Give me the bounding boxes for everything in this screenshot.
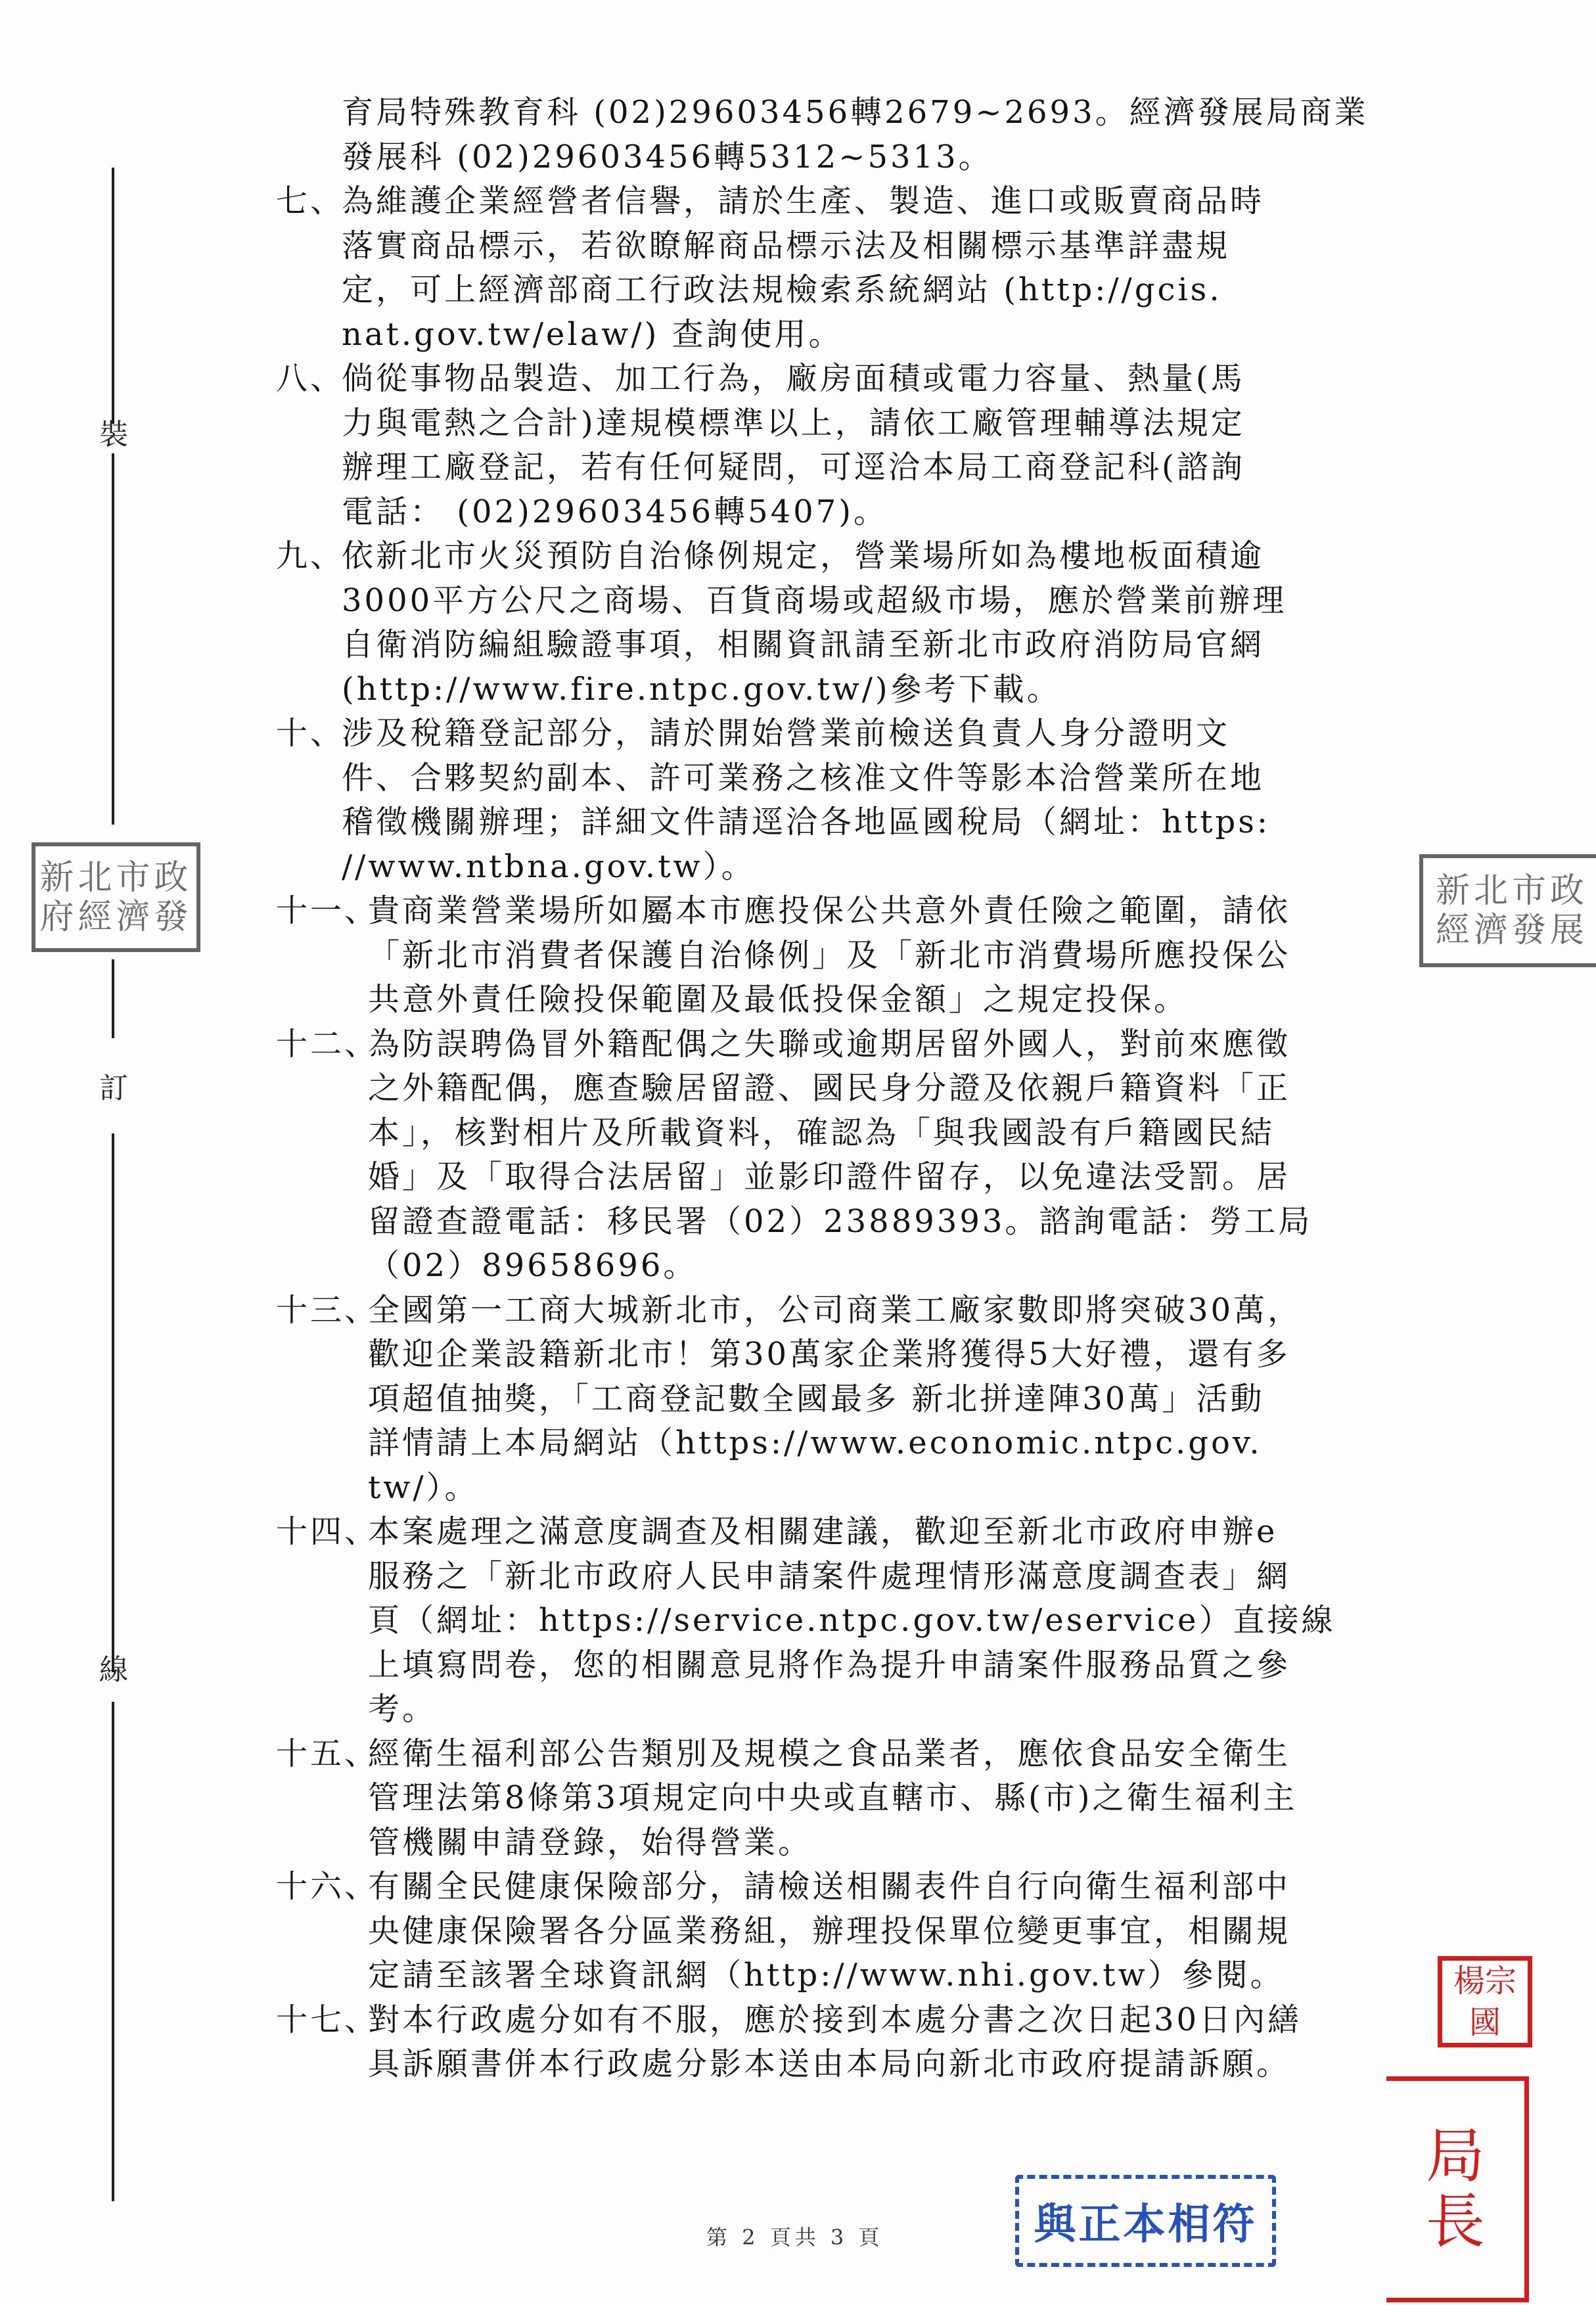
- text-line: 涉及稅籍登記部分，請於開始營業前檢送負責人身分證明文: [342, 712, 1432, 756]
- document-body: 育局特殊教育科 (02)29603456轉2679~2693。經濟發展局商業 發…: [276, 91, 1432, 2087]
- seal-char: 局: [1426, 2124, 1485, 2189]
- text-line: 歡迎企業設籍新北市！第30萬家企業將獲得5大好禮，還有多: [368, 1333, 1432, 1377]
- item-number: 十、: [276, 712, 342, 889]
- seal-text: 新北市政: [39, 858, 192, 898]
- text-line: 為防誤聘偽冒外籍配偶之失聯或逾期居留外國人，對前來應徵: [368, 1022, 1432, 1067]
- text-line: 共意外責任險投保範圍及最低投保金額」之規定投保。: [368, 978, 1432, 1022]
- text-line: //www.ntbna.gov.tw）。: [342, 845, 1432, 890]
- item-11: 十一、 貴商業營業場所如屬本市應投保公共意外責任險之範圍，請依 「新北市消費者保…: [276, 889, 1432, 1022]
- text-line: 有關全民健康保險部分，請檢送相關表件自行向衛生福利部中: [368, 1865, 1432, 1909]
- item-15: 十五、 經衛生福利部公告類別及規模之食品業者，應依食品安全衛生 管理法第8條第3…: [276, 1732, 1432, 1865]
- text-line: 項超值抽獎，「工商登記數全國最多 新北拼達陣30萬」活動: [368, 1377, 1432, 1422]
- seal-text: 經濟發展: [1436, 911, 1588, 950]
- text-line: 3000平方公尺之商場、百貨商場或超級市場，應於營業前辦理: [342, 579, 1432, 624]
- text-line: 頁（網址：https://service.ntpc.gov.tw/eservic…: [368, 1599, 1432, 1643]
- item-17: 十七、 對本行政處分如有不服，應於接到本處分書之次日起30日內繕 具訴願書併本行…: [276, 1998, 1432, 2087]
- text-line: 依新北市火災預防自治條例規定，營業場所如為樓地板面積逾: [342, 534, 1432, 579]
- text-line: 經衛生福利部公告類別及規模之食品業者，應依食品安全衛生: [368, 1732, 1432, 1777]
- binding-line-top: [112, 168, 114, 424]
- text-line: 定，可上經濟部商工行政法規檢索系統網站 (http://gcis.: [342, 268, 1432, 313]
- text-line: 管機關申請登錄，始得營業。: [368, 1821, 1432, 1865]
- seal-char: 國: [1469, 2005, 1501, 2040]
- seal-char: 楊: [1453, 1963, 1485, 1999]
- seal-text: 府經濟發: [39, 898, 192, 937]
- text-line: 服務之「新北市政府人民申請案件處理情形滿意度調查表」網: [368, 1555, 1432, 1599]
- seal-char: 宗: [1485, 1963, 1516, 1999]
- text-line: 自衛消防編組驗證事項，相關資訊請至新北市政府消防局官網: [342, 623, 1432, 668]
- item-number: 十四、: [276, 1510, 368, 1732]
- item-number: 十六、: [276, 1865, 368, 1998]
- text-line: 件、合夥契約副本、許可業務之核准文件等影本洽營業所在地: [342, 756, 1432, 801]
- item-13: 十三、 全國第一工商大城新北市，公司商業工廠家數即將突破30萬， 歡迎企業設籍新…: [276, 1289, 1432, 1511]
- text-line: 倘從事物品製造、加工行為，廠房面積或電力容量、熱量(馬: [342, 357, 1432, 401]
- binding-line-lower-mid: [112, 959, 114, 1038]
- text-line: 本」，核對相片及所載資料，確認為「與我國設有戶籍國民結: [368, 1111, 1432, 1156]
- binding-line-bottom: [112, 1702, 114, 2201]
- item-number: 八、: [276, 357, 342, 534]
- text-line: 全國第一工商大城新北市，公司商業工廠家數即將突破30萬，: [368, 1289, 1432, 1333]
- text-line: 落實商品標示，若欲瞭解商品標示法及相關標示基準詳盡規: [342, 224, 1432, 269]
- text-line: 具訴願書併本行政處分影本送由本局向新北市政府提請訴願。: [368, 2042, 1432, 2087]
- text-line: 辦理工廠登記，若有任何疑問，可逕洽本局工商登記科(諮詢: [342, 445, 1432, 490]
- binding-label-xian: 線: [97, 1646, 130, 1688]
- text-line: 發展科 (02)29603456轉5312~5313。: [342, 135, 1432, 180]
- text-line: 育局特殊教育科 (02)29603456轉2679~2693。經濟發展局商業: [342, 91, 1432, 135]
- text-line: 電話： (02)29603456轉5407)。: [342, 490, 1432, 535]
- text-line: （02）89658696。: [368, 1244, 1432, 1289]
- binding-line-mid: [112, 1133, 114, 1672]
- paging-seal-right: 新北市政 經濟發展: [1419, 854, 1596, 967]
- text-line: 力與電熱之合計)達規模標準以上，請依工廠管理輔導法規定: [342, 401, 1432, 446]
- text-line: 貴商業營業場所如屬本市應投保公共意外責任險之範圍，請依: [368, 889, 1432, 934]
- text-line: 央健康保險署各分區業務組，辦理投保單位變更事宜，相關規: [368, 1909, 1432, 1954]
- text-line: 上填寫問卷，您的相關意見將作為提升申請案件服務品質之參: [368, 1643, 1432, 1688]
- text-line: 為維護企業經營者信譽，請於生產、製造、進口或販賣商品時: [342, 179, 1432, 224]
- binding-line-upper-mid: [112, 453, 114, 825]
- text-line: 之外籍配偶，應查驗居留證、國民身分證及依親戶籍資料「正: [368, 1066, 1432, 1111]
- official-seal: 局 長: [1386, 2076, 1529, 2302]
- item-7: 七、 為維護企業經營者信譽，請於生產、製造、進口或販賣商品時 落實商品標示，若欲…: [276, 179, 1432, 357]
- binding-label-ding: 訂: [97, 1064, 130, 1107]
- item-12: 十二、 為防誤聘偽冒外籍配偶之失聯或逾期居留外國人，對前來應徵 之外籍配偶，應查…: [276, 1022, 1432, 1289]
- text-line: 詳情請上本局網站（https://www.economic.ntpc.gov.: [368, 1421, 1432, 1466]
- text-line: 管理法第8條第3項規定向中央或直轄市、縣(市)之衛生福利主: [368, 1776, 1432, 1821]
- text-line: 留證查證電話：移民署（02）23889393。諮詢電話：勞工局: [368, 1200, 1432, 1244]
- item-number: 十二、: [276, 1022, 368, 1289]
- text-line: (http://www.fire.ntpc.gov.tw/)參考下載。: [342, 668, 1432, 712]
- item-8: 八、 倘從事物品製造、加工行為，廠房面積或電力容量、熱量(馬 力與電熱之合計)達…: [276, 357, 1432, 534]
- item-number: 十三、: [276, 1289, 368, 1511]
- personal-seal: 楊 宗 國: [1438, 1956, 1532, 2047]
- text-line: tw/）。: [368, 1466, 1432, 1511]
- seal-char: 長: [1426, 2189, 1485, 2255]
- item-number: 十一、: [276, 889, 368, 1022]
- stamp-label: 與正本相符: [1034, 2191, 1258, 2251]
- text-line: 婚」及「取得合法居留」並影印證件留存，以免違法受罰。居: [368, 1155, 1432, 1200]
- text-line: 定請至該署全球資訊網（http://www.nhi.gov.tw）參閱。: [368, 1953, 1432, 1998]
- text-line: nat.gov.tw/elaw/) 查詢使用。: [342, 313, 1432, 357]
- seal-text: 新北市政: [1436, 871, 1588, 911]
- continuation-paragraph: 育局特殊教育科 (02)29603456轉2679~2693。經濟發展局商業 發…: [276, 91, 1432, 179]
- item-number: 九、: [276, 534, 342, 712]
- paging-seal-left: 新北市政 府經濟發: [32, 842, 200, 952]
- text-line: 本案處理之滿意度調查及相關建議，歡迎至新北市政府申辦e: [368, 1510, 1432, 1555]
- binding-label-zhuang: 裝: [97, 411, 130, 453]
- item-number: 十五、: [276, 1732, 368, 1865]
- text-line: 考。: [368, 1687, 1432, 1732]
- text-line: 對本行政處分如有不服，應於接到本處分書之次日起30日內繕: [368, 1998, 1432, 2043]
- certified-copy-stamp: 與正本相符: [1015, 2175, 1276, 2267]
- item-10: 十、 涉及稅籍登記部分，請於開始營業前檢送負責人身分證明文 件、合夥契約副本、許…: [276, 712, 1432, 889]
- text-line: 稽徵機關辦理；詳細文件請逕洽各地區國稅局（網址：https:: [342, 800, 1432, 845]
- item-9: 九、 依新北市火災預防自治條例規定，營業場所如為樓地板面積逾 3000平方公尺之…: [276, 534, 1432, 712]
- item-number: 十七、: [276, 1998, 368, 2087]
- page-number: 第 2 頁共 3 頁: [706, 2221, 883, 2251]
- item-number: 七、: [276, 179, 342, 357]
- text-line: 「新北市消費者保護自治條例」及「新北市消費場所應投保公: [368, 934, 1432, 978]
- item-16: 十六、 有關全民健康保險部分，請檢送相關表件自行向衛生福利部中 央健康保險署各分…: [276, 1865, 1432, 1998]
- item-14: 十四、 本案處理之滿意度調查及相關建議，歡迎至新北市政府申辦e 服務之「新北市政…: [276, 1510, 1432, 1732]
